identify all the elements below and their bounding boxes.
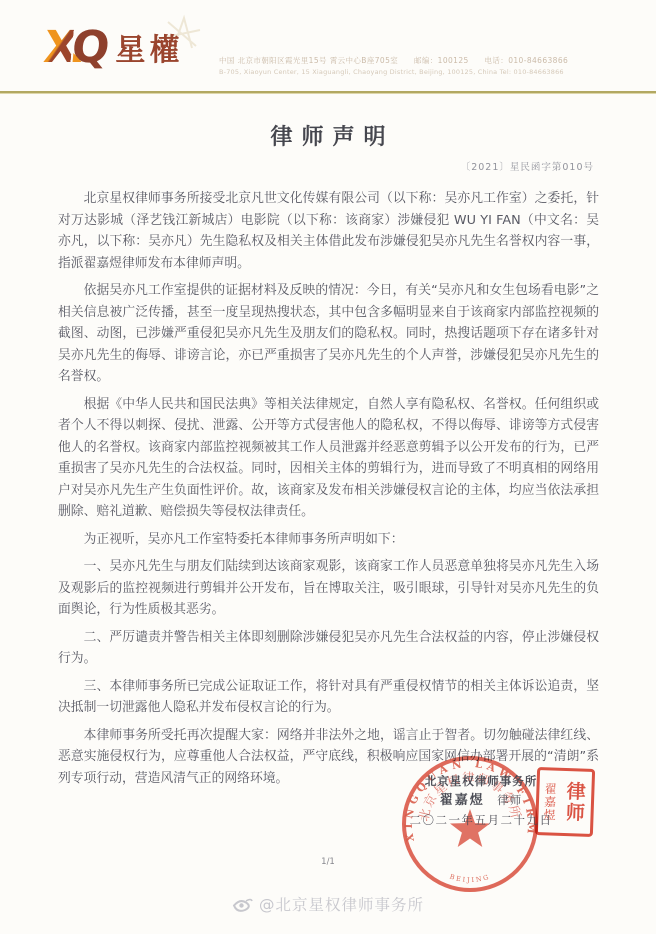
address-block: 中国 北京市朝阳区霞光里15号 霄云中心B座705室 邮编：100125 电话：…: [219, 55, 639, 77]
signature-lawyer: 翟嘉煜 律师: [388, 791, 574, 810]
signature-block: 北京星权律师事务所 翟嘉煜 律师 二〇二一年五月二十九日: [388, 772, 574, 831]
watermark: @北京星权律师事务所: [0, 893, 656, 915]
document-number: 〔2021〕星民函字第010号: [461, 159, 594, 173]
address-line-en: B-705, Xiaoyun Center, 15 Xiaguangli, Ch…: [219, 67, 639, 77]
statement-item-2: 二、严厉谴责并警告相关主体即刻删除涉嫌侵犯吴亦凡先生合法权益的内容，停止涉嫌侵权…: [58, 627, 599, 670]
page-number: 1/1: [0, 857, 656, 867]
logo-letter-q: Q: [70, 28, 106, 68]
paragraph-legal-basis: 根据《中华人民共和国民法典》等相关法律规定，自然人享有隐私权、名誉权。任何组织或…: [58, 394, 599, 523]
signature-lawyer-title: 律师: [497, 793, 522, 807]
paragraph-leadin: 为正视听，吴亦凡工作室特委托本律师事务所声明如下：: [58, 529, 599, 551]
document-title: 律师声明: [0, 120, 656, 151]
statement-item-1: 一、吴亦凡先生与朋友们陆续到达该商家观影，该商家工作人员恶意单独将吴亦凡先生入场…: [58, 556, 599, 621]
paragraph-facts: 依据吴亦凡工作室提供的证据材料及反映的情况：今日，有关“吴亦凡和女生包场看电影”…: [58, 280, 599, 388]
signature-date: 二〇二一年五月二十九日: [388, 810, 574, 831]
letterhead: XQ 星權 中国 北京市朝阳区霞光里15号 霄云中心B座705室 邮编：1001…: [0, 0, 656, 94]
statement-item-3: 三、本律师事务所已完成公证取证工作，将针对具有严重侵权情节的相关主体诉讼追责，坚…: [58, 676, 599, 719]
address-line-cn: 中国 北京市朝阳区霞光里15号 霄云中心B座705室 邮编：100125 电话：…: [219, 55, 639, 67]
logo-mark: XQ: [42, 28, 106, 68]
signature-lawyer-name: 翟嘉煜: [440, 793, 485, 808]
logo: XQ 星權: [44, 28, 183, 68]
logo-name: 星權: [115, 34, 183, 68]
weibo-eye-icon: [232, 897, 254, 912]
signature-firm: 北京星权律师事务所: [388, 772, 574, 791]
seal-bottom-arc: BEIJING: [449, 873, 492, 884]
svg-text:BEIJING: BEIJING: [449, 873, 492, 884]
body-content: 北京星权律师事务所接受北京凡世文化传媒有限公司（以下称：吴亦凡工作室）之委托，针…: [58, 188, 599, 795]
paragraph-engagement: 北京星权律师事务所接受北京凡世文化传媒有限公司（以下称：吴亦凡工作室）之委托，针…: [58, 188, 599, 274]
lawyer-statement-page: XQ 星權 中国 北京市朝阳区霞光里15号 霄云中心B座705室 邮编：1001…: [0, 0, 656, 934]
header-rule: [0, 91, 656, 94]
